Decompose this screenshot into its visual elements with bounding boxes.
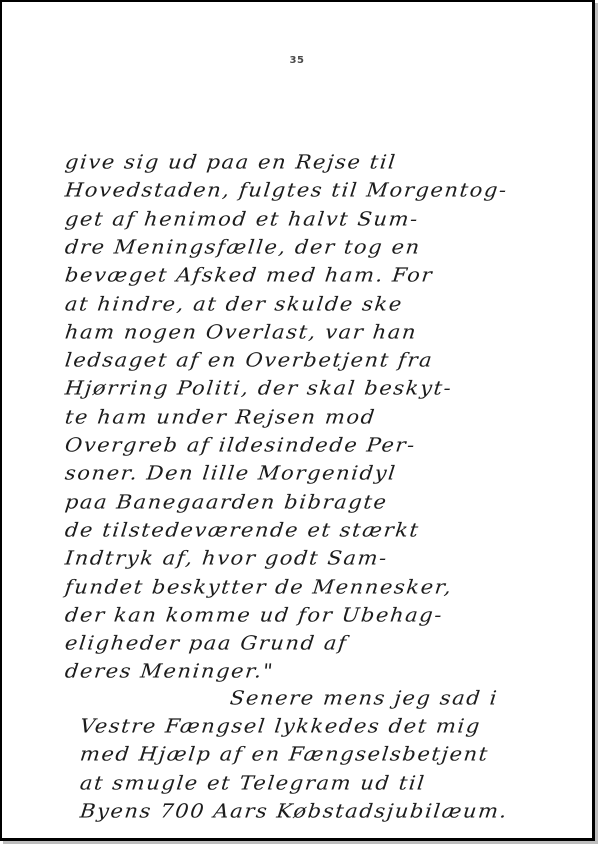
handwritten-line: get af henimod et halvt Sum-: [64, 210, 420, 229]
handwritten-line: dre Meningsfælle, der tog en: [64, 238, 422, 257]
handwritten-line: Vestre Fængsel lykkedes det mig: [79, 717, 482, 736]
handwritten-line: bevæget Afsked med ham. For: [64, 266, 434, 285]
handwritten-line: Hovedstaden, fulgtes til Morgentog-: [64, 181, 509, 200]
handwritten-line: med Hjælp af en Fængselsbetjent: [79, 745, 490, 764]
handwritten-line: Overgreb af ildesindede Per-: [64, 436, 417, 455]
handwritten-line: Senere mens jeg sad i: [229, 689, 499, 708]
handwritten-text-block: give sig ud paa en Rejse til Hovedstaden…: [2, 2, 592, 838]
document-page: 35 give sig ud paa en Rejse til Hovedsta…: [0, 0, 595, 841]
handwritten-line: Hjørring Politi, der skal beskyt-: [64, 379, 453, 398]
handwritten-line: at hindre, at der skulde ske: [64, 295, 404, 314]
handwritten-line: soner. Den lille Morgenidyl: [64, 464, 397, 483]
handwritten-line: Byens 700 Aars Købstadsjubilæum.: [79, 802, 509, 821]
handwritten-line: der kan komme ud for Ubehag-: [64, 606, 444, 625]
handwritten-line: te ham under Rejsen mod: [64, 408, 377, 427]
handwritten-line: Indtryk af, hvor godt Sam-: [64, 549, 389, 568]
handwritten-line: fundet beskytter de Mennesker,: [64, 578, 453, 597]
handwritten-line: ledsaget af en Overbetjent fra: [64, 351, 434, 370]
handwritten-line: at smugle et Telegram ud til: [79, 774, 427, 793]
handwritten-line: deres Meninger.": [64, 662, 275, 681]
handwritten-line: give sig ud paa en Rejse til: [64, 153, 397, 172]
handwritten-line: eligheder paa Grund af: [64, 634, 349, 653]
handwritten-line: de tilstedeværende et stærkt: [64, 521, 421, 540]
handwritten-line: paa Banegaarden bibragte: [64, 493, 389, 512]
handwritten-line: ham nogen Overlast, var han: [64, 323, 418, 342]
